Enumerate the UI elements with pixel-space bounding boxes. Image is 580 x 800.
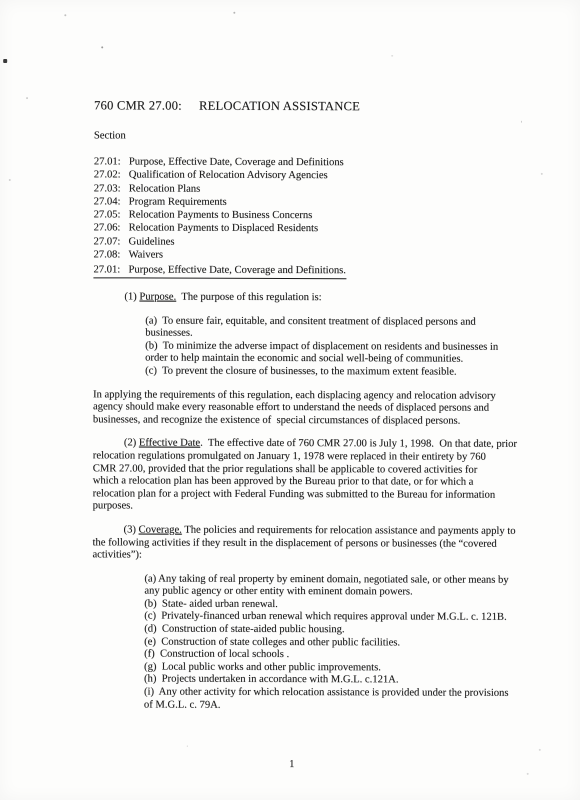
toc-item-number: 27.07:: [94, 235, 129, 248]
toc-item-label: Purpose, Effective Date, Coverage and De…: [129, 155, 344, 169]
toc-item-label: Program Requirements: [129, 195, 227, 209]
title-regulation-number: 760 CMR 27.00:: [94, 98, 199, 113]
toc-item-label: Guidelines: [129, 235, 175, 248]
scan-speck: [101, 46, 103, 48]
toc-item-label: Relocation Plans: [129, 182, 201, 196]
section-heading-number: 27.01:: [93, 264, 128, 275]
purpose-paragraph: (1) Purpose. The purpose of this regulat…: [93, 291, 523, 305]
toc-item-label: Relocation Payments to Displaced Residen…: [129, 222, 319, 236]
toc-item: 27.02:Qualification of Relocation Adviso…: [94, 169, 344, 183]
scan-speck: [9, 179, 11, 181]
section-label: Section: [94, 130, 126, 141]
text-line: purposes.: [93, 501, 523, 515]
scanned-document-page: 760 CMR 27.00: RELOCATION ASSISTANCE Sec…: [0, 0, 580, 800]
text-line: the following activities if they result …: [92, 537, 522, 551]
covered-activities-list: (a) Any taking of real property by emine…: [144, 573, 522, 713]
toc-item-number: 27.06:: [94, 222, 129, 235]
toc-item-number: 27.02:: [94, 169, 129, 182]
scan-speck: [233, 12, 235, 14]
document-title: 760 CMR 27.00: RELOCATION ASSISTANCE: [94, 98, 360, 114]
scan-speck: [391, 55, 393, 56]
scan-speck: [527, 773, 529, 775]
scan-speck: [541, 173, 543, 175]
toc-item: 27.06:Relocation Payments to Displaced R…: [94, 222, 344, 236]
toc-item-number: 27.04:: [94, 195, 129, 208]
section-heading: 27.01: Purpose, Effective Date, Coverage…: [93, 264, 346, 278]
applying-paragraph: In applying the requirements of this reg…: [93, 389, 523, 428]
toc-item-number: 27.08:: [93, 248, 128, 261]
text-line: relocation plan for a project with Feder…: [93, 488, 523, 502]
toc-item: 27.08:Waivers: [93, 248, 343, 262]
page-number: 1: [92, 758, 492, 770]
toc-item: 27.07:Guidelines: [94, 235, 344, 249]
text-line: (1) Purpose. The purpose of this regulat…: [93, 291, 523, 305]
toc-item: 27.01:Purpose, Effective Date, Coverage …: [94, 155, 344, 169]
scan-speck: [521, 121, 522, 123]
toc-item-number: 27.03:: [94, 182, 129, 195]
toc-item-number: 27.01:: [94, 155, 129, 168]
toc-item-label: Waivers: [128, 249, 162, 262]
toc-list: 27.01:Purpose, Effective Date, Coverage …: [93, 155, 343, 262]
text-line: businesses, and recognize the existence …: [93, 414, 523, 428]
toc-item-label: Qualification of Relocation Advisory Age…: [129, 169, 328, 183]
scan-speck: [64, 14, 66, 16]
title-regulation-name: RELOCATION ASSISTANCE: [199, 99, 360, 115]
toc-item: 27.04:Program Requirements: [94, 195, 344, 209]
document-body: (1) Purpose. The purpose of this regulat…: [92, 291, 523, 713]
scan-speck: [187, 746, 188, 747]
scan-speck: [26, 97, 28, 99]
text-line: (c) To prevent the closure of businesses…: [145, 365, 523, 379]
document-content: 760 CMR 27.00: RELOCATION ASSISTANCE Sec…: [0, 0, 580, 800]
text-line: of M.G.L. c. 79A.: [144, 699, 522, 713]
section-heading-label: Purpose, Effective Date, Coverage and De…: [128, 264, 346, 276]
toc-item-number: 27.05:: [94, 209, 129, 222]
effective-date-paragraph: (2) Effective Date. The effective date o…: [93, 438, 523, 515]
toc-item-label: Relocation Payments to Business Concerns: [129, 209, 313, 223]
purpose-subitems: (a) To ensure fair, equitable, and consi…: [145, 315, 523, 379]
coverage-paragraph: (3) Coverage. The policies and requireme…: [92, 524, 522, 563]
toc-item: 27.05:Relocation Payments to Business Co…: [94, 209, 344, 223]
scan-speck: [3, 59, 7, 63]
scan-speck: [539, 749, 541, 751]
text-line: (a) To ensure fair, equitable, and consi…: [145, 315, 523, 329]
text-line: activities”):: [92, 549, 522, 563]
toc-item: 27.03:Relocation Plans: [94, 182, 344, 196]
